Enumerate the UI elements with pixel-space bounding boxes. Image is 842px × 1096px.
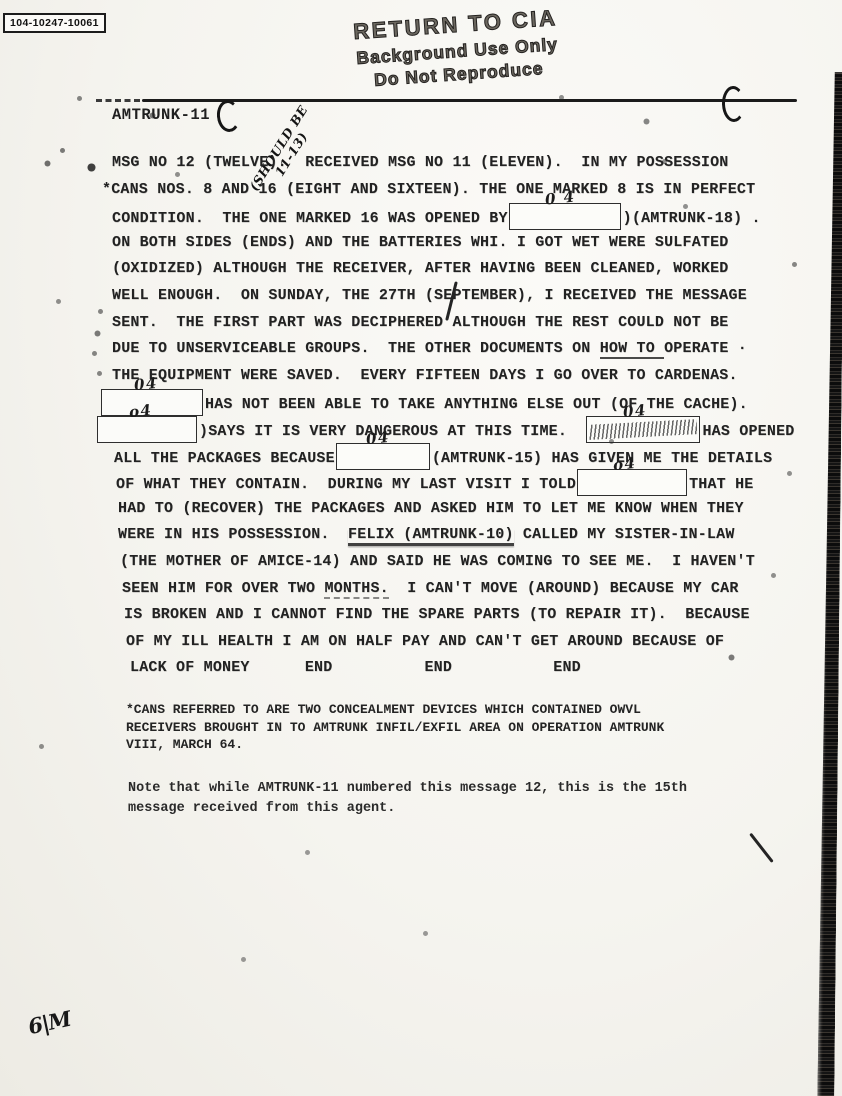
scan-edge-artifact [817,72,842,1096]
divider-dash [96,99,140,102]
handwritten-code: 0 4 [544,188,576,209]
handwritten-code: 04 [133,374,159,394]
text-run: (OXIDIZED) ALTHOUGH THE RECEIVER, AFTER … [112,260,729,277]
text-run: WELL ENOUGH. ON SUNDAY, THE 27TH (SEPTEM… [112,287,747,304]
body-line: (OXIDIZED) ALTHOUGH THE RECEIVER, AFTER … [112,256,794,283]
pen-stroke-backslash [749,833,773,863]
handwritten-paren-mark [215,99,241,133]
text-run: (AMTRUNK-15) HAS GIVEN ME THE DETAILS [432,450,772,467]
text-run: HOW TO [600,340,664,359]
divider-line [142,99,797,102]
footnote-line: RECEIVERS BROUGHT IN TO AMTRUNK INFIL/EX… [126,719,664,737]
text-run: THE EQUIPMENT WERE SAVED. EVERY FIFTEEN … [112,367,738,384]
handwritten-code: 04 [622,401,648,421]
footnote-line: VIII, MARCH 64. [126,736,664,754]
redaction-box: o4 [97,416,197,443]
text-run: LACK OF MONEY END END END [130,659,581,676]
text-run: CALLED MY SISTER-IN-LAW [514,526,735,543]
body-line: (THE MOTHER OF AMICE-14) AND SAID HE WAS… [120,549,794,576]
text-run: THAT HE [689,476,753,493]
text-run: ON BOTH SIDES (ENDS) AND THE BATTERIES W… [112,234,729,251]
record-number: 104-10247-10061 [10,17,99,29]
body-line: OF WHAT THEY CONTAIN. DURING MY LAST VIS… [116,469,794,496]
typed-body: MSG NO 12 (TWELVE). RECEIVED MSG NO 11 (… [112,150,794,682]
body-line: MSG NO 12 (TWELVE). RECEIVED MSG NO 11 (… [112,150,794,177]
text-run: I CAN'T MOVE (AROUND) BECAUSE MY CAR [389,580,739,597]
text-run: OPERATE · [664,340,747,357]
archivist-note: Note that while AMTRUNK-11 numbered this… [128,779,687,819]
body-line: o4)SAYS IT IS VERY DANGEROUS AT THIS TIM… [96,416,794,443]
body-line: IS BROKEN AND I CANNOT FIND THE SPARE PA… [124,602,794,629]
body-line: SEEN HIM FOR OVER TWO MONTHS. I CAN'T MO… [122,576,794,603]
body-line: SENT. THE FIRST PART WAS DECIPHERED ALTH… [112,310,794,337]
handwritten-code: 04 [365,427,391,447]
body-line: LACK OF MONEY END END END [130,655,794,682]
text-run: FELIX (AMTRUNK-10) [348,526,514,543]
body-line: *CANS NOS. 8 AND 16 (EIGHT AND SIXTEEN).… [102,177,794,204]
text-run: OF WHAT THEY CONTAIN. DURING MY LAST VIS… [116,476,576,493]
text-run: HAS OPENED [702,423,794,440]
text-run: CONDITION. THE ONE MARKED 16 WAS OPENED … [112,210,508,227]
text-run: (THE MOTHER OF AMICE-14) AND SAID HE WAS… [120,553,755,570]
redaction-box: 04 [586,416,700,443]
redaction-box: o4 [577,469,687,496]
scan-speckles [0,0,3,3]
handwritten-code: o4 [128,401,153,421]
handwritten-paren-mark [721,86,745,123]
note-line: Note that while AMTRUNK-11 numbered this… [128,779,687,799]
document-title: AMTRUNK-11 [112,106,210,124]
text-run: SEEN HIM FOR OVER TWO [122,580,324,597]
text-run: MSG NO 12 (TWELVE). RECEIVED MSG NO 11 (… [112,154,729,171]
cia-return-stamp: RETURN TO CIA Background Use Only Do Not… [290,1,624,97]
text-run: HAS NOT BEEN ABLE TO TAKE ANYTHING ELSE … [205,396,748,413]
text-run: ALL THE PACKAGES BECAUSE [114,450,335,467]
note-line: message received from this agent. [128,799,687,819]
text-run: HAD TO (RECOVER) THE PACKAGES AND ASKED … [118,500,744,517]
text-run: WERE IN HIS POSSESSION. [118,526,348,543]
body-line: WERE IN HIS POSSESSION. FELIX (AMTRUNK-1… [118,522,794,549]
redaction-box: 0 4 [509,203,621,230]
handwritten-page-mark: 6|M [26,1006,73,1039]
body-line: OF MY ILL HEALTH I AM ON HALF PAY AND CA… [126,629,794,656]
text-run: MONTHS. [324,580,388,599]
body-line: DUE TO UNSERVICEABLE GROUPS. THE OTHER D… [112,336,794,363]
body-line: CONDITION. THE ONE MARKED 16 WAS OPENED … [112,203,794,230]
redaction-box: 04 [336,443,430,470]
text-run: OF MY ILL HEALTH I AM ON HALF PAY AND CA… [126,633,724,650]
scanned-document-page: 104-10247-10061 RETURN TO CIA Background… [0,0,842,1096]
record-number-box: 104-10247-10061 [3,13,106,33]
text-run: IS BROKEN AND I CANNOT FIND THE SPARE PA… [124,606,750,623]
text-run: DUE TO UNSERVICEABLE GROUPS. THE OTHER D… [112,340,600,357]
body-line: ALL THE PACKAGES BECAUSE04(AMTRUNK-15) H… [114,443,794,470]
footnote-text: *CANS REFERRED TO ARE TWO CONCEALMENT DE… [126,701,664,754]
text-run: SENT. THE FIRST PART WAS DECIPHERED ALTH… [112,314,729,331]
body-line: 04HAS NOT BEEN ABLE TO TAKE ANYTHING ELS… [100,389,794,416]
handwritten-code: o4 [612,454,637,474]
body-line: THE EQUIPMENT WERE SAVED. EVERY FIFTEEN … [112,363,794,390]
text-run: )SAYS IT IS VERY DANGEROUS AT THIS TIME. [199,423,585,440]
body-line: HAD TO (RECOVER) THE PACKAGES AND ASKED … [118,496,794,523]
text-run: )(AMTRUNK-18) . [623,210,761,227]
footnote-line: *CANS REFERRED TO ARE TWO CONCEALMENT DE… [126,701,664,719]
text-run: *CANS NOS. 8 AND 16 (EIGHT AND SIXTEEN).… [102,181,755,198]
body-line: ON BOTH SIDES (ENDS) AND THE BATTERIES W… [112,230,794,257]
